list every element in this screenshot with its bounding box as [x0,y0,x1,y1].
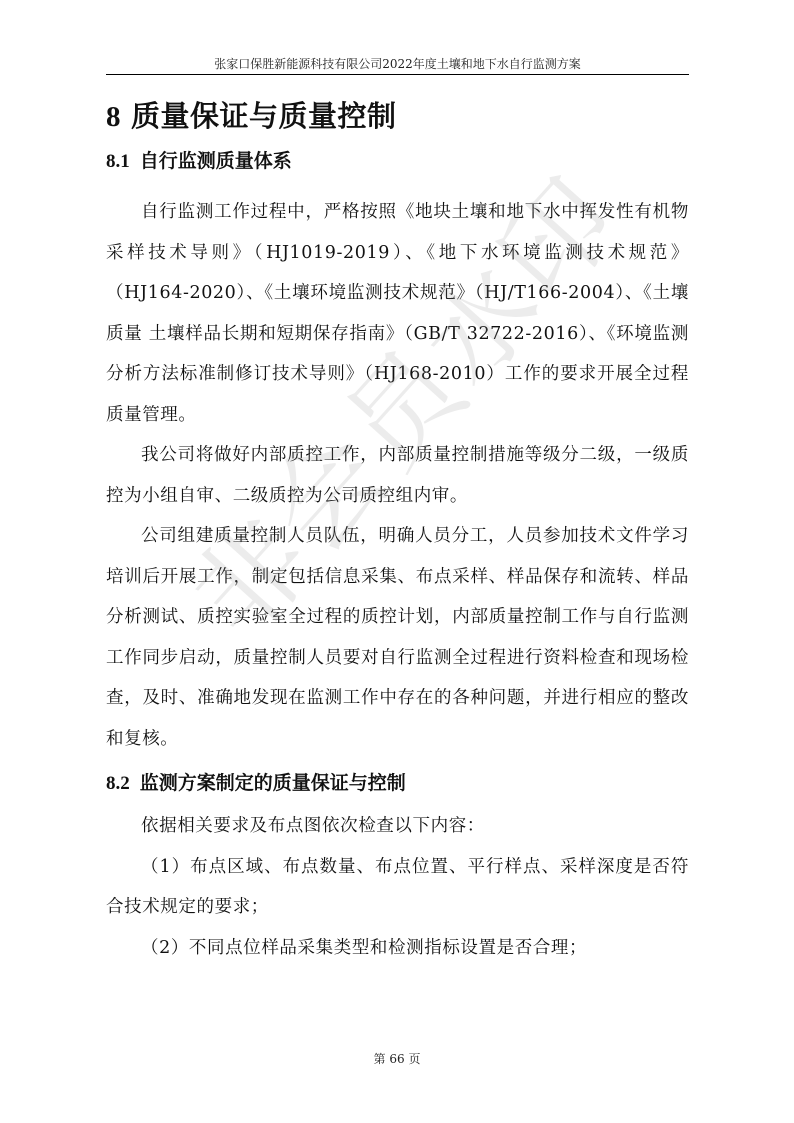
running-header: 张家口保胜新能源科技有限公司2022年度土壤和地下水自行监测方案 [106,56,689,75]
chapter-heading: 8质量保证与质量控制 [106,96,689,137]
section-title: 监测方案制定的质量保证与控制 [140,772,406,794]
page-body: 8质量保证与质量控制 8.1自行监测质量体系 自行监测工作过程中，严格按照《地块… [106,96,689,968]
paragraph: 我公司将做好内部质控工作，内部质量控制措施等级分二级，一级质控为小组自审、二级质… [106,435,689,516]
section-heading-8-1: 8.1自行监测质量体系 [106,147,689,176]
running-header-title: 张家口保胜新能源科技有限公司2022年度土壤和地下水自行监测方案 [214,56,581,71]
list-item: （1）布点区域、布点数量、布点位置、平行样点、采样深度是否符合技术规定的要求； [106,847,689,928]
section-title: 自行监测质量体系 [140,150,292,172]
page-footer: 第 66 页 [0,1050,794,1067]
list-item: （2）不同点位样品采集类型和检测指标设置是否合理； [106,928,689,969]
section-number: 8.1 [106,151,130,172]
section-number: 8.2 [106,773,130,794]
page-number: 第 66 页 [374,1052,421,1066]
paragraph: 公司组建质量控制人员队伍，明确人员分工，人员参加技术文件学习培训后开展工作，制定… [106,516,689,759]
paragraph: 依据相关要求及布点图依次检查以下内容： [106,806,689,847]
chapter-number: 8 [106,101,121,133]
chapter-title: 质量保证与质量控制 [131,99,397,133]
paragraph: 自行监测工作过程中，严格按照《地块土壤和地下水中挥发性有机物采样技术导则》（HJ… [106,192,689,435]
section-heading-8-2: 8.2监测方案制定的质量保证与控制 [106,769,689,798]
